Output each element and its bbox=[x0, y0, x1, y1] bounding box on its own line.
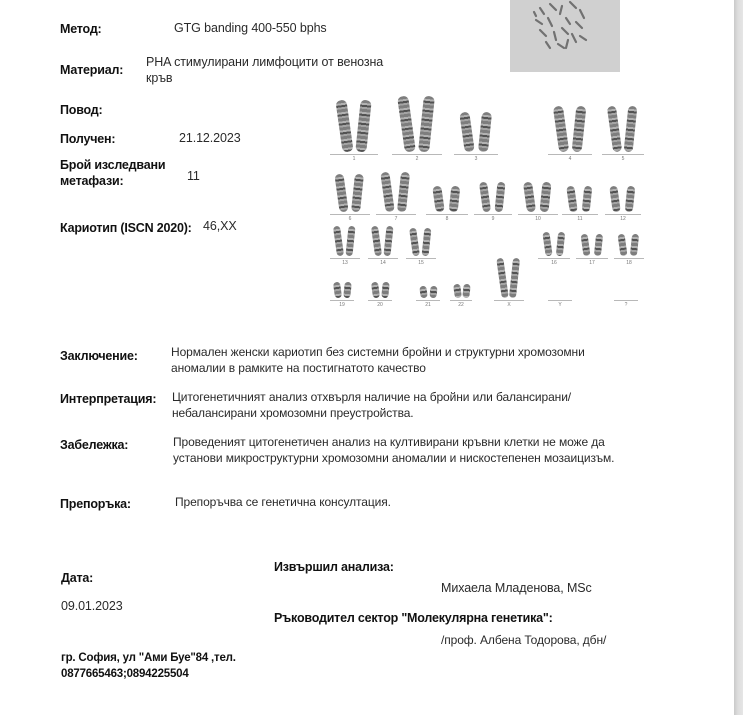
conclusion-line2: аномалии в рамките на постигнатото качес… bbox=[171, 360, 585, 376]
chromosome-number: ? bbox=[614, 302, 638, 308]
karyogram-baseline bbox=[518, 214, 558, 215]
chromosome bbox=[478, 112, 492, 153]
date-label: Дата: bbox=[61, 571, 93, 585]
chromosome-number: 4 bbox=[548, 156, 592, 162]
chromosome-number: 10 bbox=[518, 216, 558, 222]
note-value: Проведеният цитогенетичен анализ на култ… bbox=[173, 434, 614, 466]
karyogram-baseline bbox=[406, 258, 436, 259]
metaphases-value: 11 bbox=[187, 169, 200, 183]
karyogram-baseline bbox=[454, 154, 498, 155]
chromosome bbox=[371, 282, 380, 299]
performed-by-value: Михаела Младенова, MSc bbox=[441, 581, 592, 595]
page-edge bbox=[734, 0, 743, 715]
chromosome bbox=[624, 106, 638, 153]
chromosome bbox=[462, 284, 470, 299]
chromosome bbox=[542, 232, 552, 257]
chromosome bbox=[609, 186, 621, 213]
chromosome-number: 20 bbox=[368, 302, 392, 308]
karyogram-baseline bbox=[548, 154, 592, 155]
chromosome bbox=[371, 226, 382, 257]
note-label: Забележка: bbox=[60, 438, 128, 452]
metaphases-label-line2: метафази: bbox=[60, 173, 165, 189]
chromosome bbox=[383, 226, 393, 257]
head-label: Ръководител сектор "Молекулярна генетика… bbox=[274, 611, 553, 625]
karyotype-label: Кариотип (ISCN 2020): bbox=[60, 221, 192, 235]
chromosome bbox=[630, 234, 639, 257]
chromosome bbox=[556, 232, 565, 257]
note-line2: установи микроструктурни хромозомни аном… bbox=[173, 450, 614, 466]
chromosome bbox=[496, 258, 508, 299]
karyogram-baseline bbox=[450, 300, 472, 301]
material-label: Материал: bbox=[60, 63, 123, 77]
karyogram-baseline bbox=[548, 300, 572, 301]
karyogram-baseline bbox=[474, 214, 512, 215]
received-label: Получен: bbox=[60, 132, 115, 146]
chromosome bbox=[419, 286, 428, 299]
chromosome bbox=[594, 234, 603, 257]
chromosome bbox=[333, 282, 342, 299]
chromosome-number: Y bbox=[548, 302, 572, 308]
chromosome-number: 6 bbox=[330, 216, 370, 222]
karyotype-value: 46,XX bbox=[203, 219, 237, 233]
chromosome-number: 8 bbox=[426, 216, 468, 222]
karyogram-baseline bbox=[602, 154, 644, 155]
metaphase-image bbox=[510, 0, 620, 72]
chromosome bbox=[625, 186, 636, 213]
chromosome-number: 5 bbox=[602, 156, 644, 162]
chromosome bbox=[566, 186, 578, 213]
material-value: PHA стимулирани лимфоцити от венозна кръ… bbox=[146, 54, 383, 86]
chromosome bbox=[449, 186, 461, 213]
recommendation-value: Препоръчва се генетична консултация. bbox=[175, 495, 391, 509]
chromosome bbox=[618, 234, 628, 257]
chromosome-number: 1 bbox=[330, 156, 378, 162]
metaphases-label: Брой изследвани метафази: bbox=[60, 157, 165, 189]
chromosome bbox=[397, 172, 410, 213]
note-line1: Проведеният цитогенетичен анализ на култ… bbox=[173, 434, 614, 450]
chromosome-number: 15 bbox=[406, 260, 436, 266]
chromosome bbox=[422, 228, 432, 257]
chromosome bbox=[333, 226, 344, 257]
karyogram-baseline bbox=[538, 258, 570, 259]
chromosome bbox=[494, 182, 505, 213]
chromosome bbox=[523, 182, 536, 213]
chromosome-number: 3 bbox=[454, 156, 498, 162]
chromosome bbox=[381, 282, 390, 299]
conclusion-value: Нормален женски кариотип без системни бр… bbox=[171, 344, 585, 376]
method-value: GTG banding 400-550 bphs bbox=[174, 21, 327, 35]
chromosome bbox=[453, 284, 462, 299]
chromosome-number: 21 bbox=[416, 302, 440, 308]
karyogram-baseline bbox=[330, 154, 378, 155]
head-value: /проф. Албена Тодорова, дбн/ bbox=[441, 633, 606, 647]
chromosome-number: 19 bbox=[330, 302, 354, 308]
chromosome bbox=[355, 100, 371, 153]
chromosome-number: 16 bbox=[538, 260, 570, 266]
chromosome bbox=[351, 174, 364, 213]
karyogram-baseline bbox=[416, 300, 440, 301]
conclusion-label: Заключение: bbox=[60, 349, 138, 363]
interpretation-line2: небалансирани хромозомни преустройства. bbox=[172, 405, 571, 421]
address-line1: гр. София, ул "Ами Буе"84 ,тел. bbox=[61, 650, 236, 666]
chromosome bbox=[335, 99, 353, 152]
interpretation-label: Интерпретация: bbox=[60, 392, 156, 406]
performed-by-label: Извършил анализа: bbox=[274, 560, 394, 574]
chromosome bbox=[607, 106, 622, 153]
karyogram-baseline bbox=[614, 300, 638, 301]
interpretation-value: Цитогенетичният анализ отхвърля наличие … bbox=[172, 389, 571, 421]
karyogram-baseline bbox=[368, 258, 398, 259]
address: гр. София, ул "Ами Буе"84 ,тел. 08776654… bbox=[61, 650, 236, 682]
chromosome bbox=[345, 226, 355, 257]
karyogram-baseline bbox=[330, 258, 360, 259]
material-value-line1: PHA стимулирани лимфоцити от венозна bbox=[146, 54, 383, 70]
metaphases-label-line1: Брой изследвани bbox=[60, 157, 165, 173]
chromosome-number: 11 bbox=[562, 216, 598, 222]
chromosome bbox=[479, 182, 491, 213]
chromosome-number: 22 bbox=[450, 302, 472, 308]
received-value: 21.12.2023 bbox=[179, 131, 241, 145]
chromosome bbox=[343, 282, 352, 299]
chromosome bbox=[409, 228, 420, 257]
karyogram-baseline bbox=[614, 258, 644, 259]
chromosome bbox=[397, 96, 416, 153]
chromosome bbox=[581, 234, 591, 257]
chromosome-number: X bbox=[494, 302, 524, 308]
chromosome-number: 7 bbox=[376, 216, 416, 222]
chromosome bbox=[418, 96, 435, 153]
chromosome bbox=[432, 186, 445, 213]
interpretation-line1: Цитогенетичният анализ отхвърля наличие … bbox=[172, 389, 571, 405]
recommendation-label: Препоръка: bbox=[60, 497, 131, 511]
chromosome bbox=[553, 106, 569, 153]
reason-label: Повод: bbox=[60, 103, 103, 117]
karyogram-baseline bbox=[330, 300, 354, 301]
date-value: 09.01.2023 bbox=[61, 599, 123, 613]
chromosome bbox=[334, 174, 348, 213]
chromosome-number: 14 bbox=[368, 260, 398, 266]
karyogram: 12345678910111213141516171819202122XY? bbox=[330, 84, 650, 314]
chromosome bbox=[429, 286, 437, 299]
karyogram-baseline bbox=[605, 214, 641, 215]
chromosome-number: 18 bbox=[614, 260, 644, 266]
conclusion-line1: Нормален женски кариотип без системни бр… bbox=[171, 344, 585, 360]
metaphase-chromosomes-graphic bbox=[510, 0, 620, 72]
method-label: Метод: bbox=[60, 22, 102, 36]
chromosome-number: 9 bbox=[474, 216, 512, 222]
karyogram-baseline bbox=[576, 258, 608, 259]
chromosome-number: 2 bbox=[392, 156, 442, 162]
chromosome bbox=[380, 172, 394, 213]
karyogram-baseline bbox=[562, 214, 598, 215]
karyogram-baseline bbox=[376, 214, 416, 215]
karyogram-baseline bbox=[494, 300, 524, 301]
chromosome-number: 17 bbox=[576, 260, 608, 266]
karyogram-baseline bbox=[330, 214, 370, 215]
karyogram-baseline bbox=[368, 300, 392, 301]
chromosome bbox=[509, 258, 520, 299]
chromosome bbox=[582, 186, 593, 213]
address-line2: 0877665463;0894225504 bbox=[61, 666, 236, 682]
chromosome bbox=[459, 111, 474, 152]
chromosome bbox=[572, 106, 587, 153]
karyogram-baseline bbox=[426, 214, 468, 215]
karyogram-baseline bbox=[392, 154, 442, 155]
chromosome bbox=[539, 182, 551, 213]
chromosome-number: 13 bbox=[330, 260, 360, 266]
chromosome-number: 12 bbox=[605, 216, 641, 222]
